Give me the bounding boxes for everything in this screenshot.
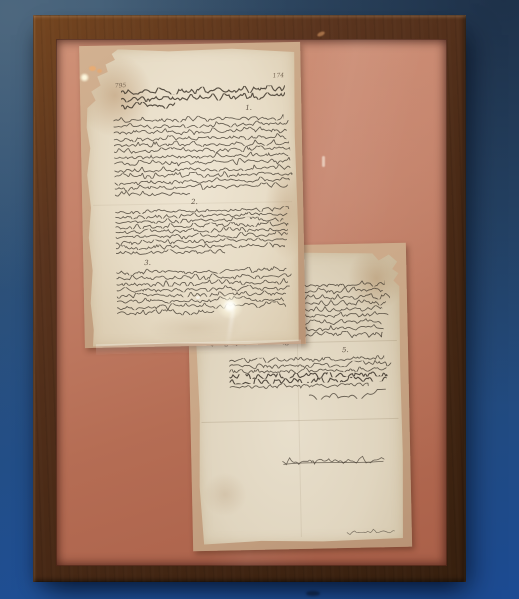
- paper-fold-crease: [202, 418, 399, 423]
- paper-stain: [203, 472, 248, 517]
- photo-framed-manuscripts: 5. 795 174 1. 2. 3.: [0, 0, 519, 599]
- handwritten-paragraph: [229, 355, 393, 390]
- handwriting-row: [347, 528, 395, 535]
- handwriting-line: [282, 453, 384, 466]
- handwritten-paragraph: [113, 114, 293, 198]
- paper-stain: [147, 311, 244, 345]
- manuscript-page-upper: 795 174 1. 2. 3.: [84, 46, 301, 348]
- handwritten-heading: [121, 85, 289, 109]
- section-number: 1.: [245, 105, 252, 112]
- handwriting-line: [117, 309, 214, 317]
- handwritten-dateline: [282, 453, 388, 466]
- signature-flourish: [309, 388, 387, 400]
- page-number-right: 174: [273, 73, 285, 80]
- handwriting-line: [115, 190, 190, 198]
- wall-mark: [306, 591, 320, 596]
- handwriting-line: [121, 101, 175, 109]
- section-number: 2.: [191, 199, 198, 206]
- handwriting-line: [309, 388, 386, 400]
- handwritten-paragraph: [115, 206, 292, 255]
- handwriting-line: [116, 248, 225, 255]
- handwriting-row: [282, 453, 388, 466]
- section-number: 3.: [144, 260, 151, 267]
- section-number: 5.: [342, 347, 349, 354]
- handwriting-line: [347, 528, 395, 535]
- archival-corner-note: [347, 528, 395, 535]
- handwritten-paragraph: [116, 266, 293, 316]
- handwriting-row: [309, 388, 387, 400]
